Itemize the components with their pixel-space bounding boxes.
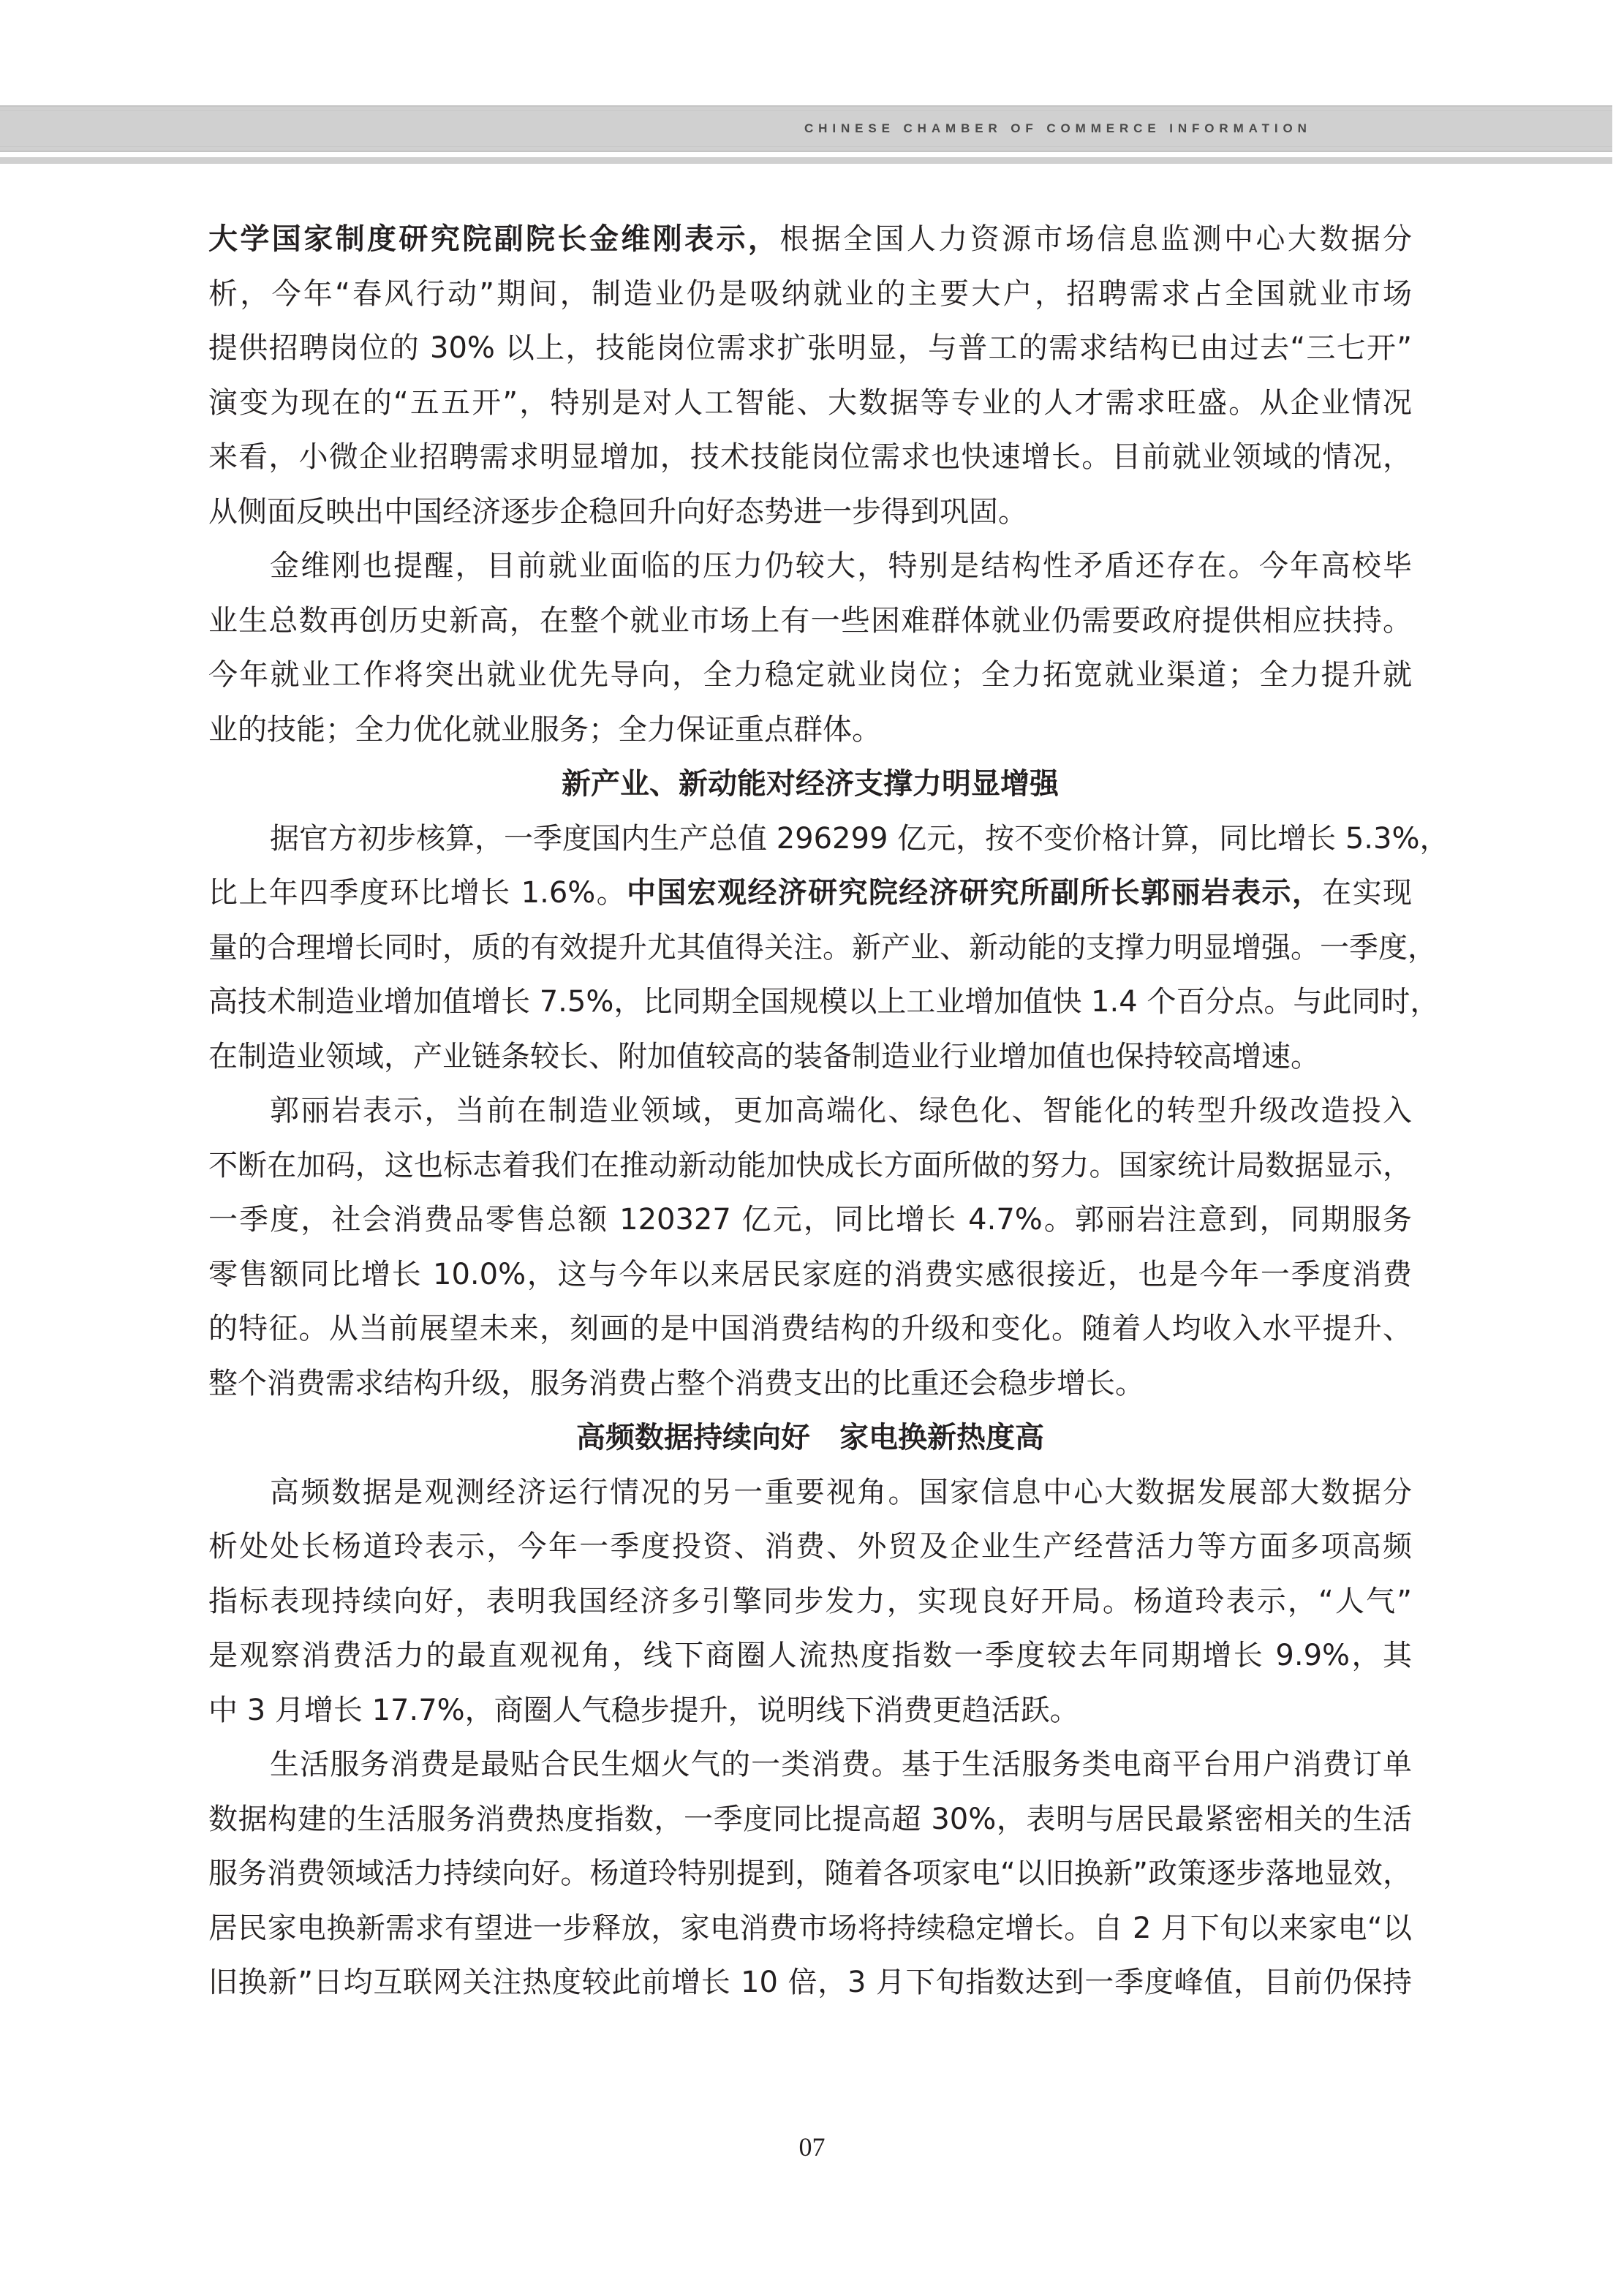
text-line: 中 3 月增长 17.7%，商圈人气稳步提升，说明线下消费更趋活跃。 xyxy=(208,1683,1412,1738)
text-line: 量的合理增长同时，质的有效提升尤其值得关注。新产业、新动能的支撑力明显增强。一季… xyxy=(208,921,1412,975)
text-line: 居民家电换新需求有望进一步释放，家电消费市场将持续稳定增长。自 2 月下旬以来家… xyxy=(208,1901,1412,1956)
paragraph: 大学国家制度研究院副院长金维刚表示，根据全国人力资源市场信息监测中心大数据分 析… xyxy=(208,212,1412,539)
text-line: 整个消费需求结构升级，服务消费占整个消费支出的比重还会稳步增长。 xyxy=(208,1356,1412,1411)
text-line: 演变为现在的“五五开”，特别是对人工智能、大数据等专业的人才需求旺盛。从企业情况 xyxy=(208,376,1412,431)
text-line: 郭丽岩表示，当前在制造业领域，更加高端化、绿色化、智能化的转型升级改造投入 xyxy=(208,1084,1412,1139)
text-line: 金维刚也提醒，目前就业面临的压力仍较大，特别是结构性矛盾还存在。今年高校毕 xyxy=(208,539,1412,594)
paragraph: 金维刚也提醒，目前就业面临的压力仍较大，特别是结构性矛盾还存在。今年高校毕 业生… xyxy=(208,539,1412,757)
text-line: 据官方初步核算，一季度国内生产总值 296299 亿元，按不变价格计算，同比增长… xyxy=(208,812,1412,867)
header-band-rule xyxy=(0,146,1612,147)
text-line: 大学国家制度研究院副院长金维刚表示，根据全国人力资源市场信息监测中心大数据分 xyxy=(208,212,1412,267)
section-heading: 新产业、新动能对经济支撑力明显增强 xyxy=(208,757,1412,812)
text-line: 指标表现持续向好，表明我国经济多引擎同步发力，实现良好开局。杨道玲表示，“人气” xyxy=(208,1574,1412,1629)
text-line: 提供招聘岗位的 30% 以上，技能岗位需求扩张明显，与普工的需求结构已由过去“三… xyxy=(208,321,1412,376)
article-body: 大学国家制度研究院副院长金维刚表示，根据全国人力资源市场信息监测中心大数据分 析… xyxy=(208,212,1412,2010)
text-line: 是观察消费活力的最直观视角，线下商圈人流热度指数一季度较去年同期增长 9.9%，… xyxy=(208,1628,1412,1683)
text-line: 高频数据是观测经济运行情况的另一重要视角。国家信息中心大数据发展部大数据分 xyxy=(208,1465,1412,1520)
line-text: 在实现 xyxy=(1322,876,1412,910)
header-strip xyxy=(0,157,1612,164)
text-line: 一季度，社会消费品零售总额 120327 亿元，同比增长 4.7%。郭丽岩注意到… xyxy=(208,1193,1412,1248)
text-line: 高技术制造业增加值增长 7.5%，比同期全国规模以上工业增加值快 1.4 个百分… xyxy=(208,975,1412,1030)
text-line: 析，今年“春风行动”期间，制造业仍是吸纳就业的主要大户，招聘需求占全国就业市场 xyxy=(208,267,1412,322)
page-number: 07 xyxy=(0,2132,1624,2162)
paragraph: 据官方初步核算，一季度国内生产总值 296299 亿元，按不变价格计算，同比增长… xyxy=(208,812,1412,1084)
speaker-attribution: 大学国家制度研究院副院长金维刚表示， xyxy=(208,222,779,256)
text-line: 在制造业领域，产业链条较长、附加值较高的装备制造业行业增加值也保持较高增速。 xyxy=(208,1030,1412,1084)
speaker-attribution: 中国宏观经济研究院经济研究所副所长郭丽岩表示， xyxy=(627,876,1322,910)
text-line: 不断在加码，这也标志着我们在推动新动能加快成长方面所做的努力。国家统计局数据显示… xyxy=(208,1139,1412,1193)
text-line: 旧换新”日均互联网关注热度较此前增长 10 倍，3 月下旬指数达到一季度峰值，目… xyxy=(208,1955,1412,2010)
text-line: 析处处长杨道玲表示，今年一季度投资、消费、外贸及企业生产经营活力等方面多项高频 xyxy=(208,1520,1412,1574)
paragraph: 生活服务消费是最贴合民生烟火气的一类消费。基于生活服务类电商平台用户消费订单 数… xyxy=(208,1737,1412,2010)
text-line: 来看，小微企业招聘需求明显增加，技术技能岗位需求也快速增长。目前就业领域的情况， xyxy=(208,430,1412,485)
paragraph: 高频数据是观测经济运行情况的另一重要视角。国家信息中心大数据发展部大数据分 析处… xyxy=(208,1465,1412,1738)
text-line: 的特征。从当前展望未来，刻画的是中国消费结构的升级和变化。随着人均收入水平提升、 xyxy=(208,1302,1412,1356)
text-line: 业的技能；全力优化就业服务；全力保证重点群体。 xyxy=(208,703,1412,758)
paragraph: 郭丽岩表示，当前在制造业领域，更加高端化、绿色化、智能化的转型升级改造投入 不断… xyxy=(208,1084,1412,1411)
text-line: 从侧面反映出中国经济逐步企稳回升向好态势进一步得到巩固。 xyxy=(208,485,1412,540)
line-text: 根据全国人力资源市场信息监测中心大数据分 xyxy=(779,222,1412,256)
text-line: 今年就业工作将突出就业优先导向，全力稳定就业岗位；全力拓宽就业渠道；全力提升就 xyxy=(208,648,1412,703)
line-text: 比上年四季度环比增长 1.6%。 xyxy=(208,876,627,910)
text-line: 比上年四季度环比增长 1.6%。中国宏观经济研究院经济研究所副所长郭丽岩表示，在… xyxy=(208,866,1412,921)
text-line: 生活服务消费是最贴合民生烟火气的一类消费。基于生活服务类电商平台用户消费订单 xyxy=(208,1737,1412,1792)
text-line: 数据构建的生活服务消费热度指数，一季度同比提高超 30%，表明与居民最紧密相关的… xyxy=(208,1792,1412,1847)
header-band-rule xyxy=(0,110,1612,111)
publication-name: CHINESE CHAMBER OF COMMERCE INFORMATION xyxy=(804,118,1404,140)
text-line: 服务消费领域活力持续向好。杨道玲特别提到，随着各项家电“以旧换新”政策逐步落地显… xyxy=(208,1846,1412,1901)
text-line: 零售额同比增长 10.0%，这与今年以来居民家庭的消费实感很接近，也是今年一季度… xyxy=(208,1248,1412,1302)
text-line: 业生总数再创历史新高，在整个就业市场上有一些困难群体就业仍需要政府提供相应扶持。 xyxy=(208,594,1412,649)
section-heading: 高频数据持续向好 家电换新热度高 xyxy=(208,1411,1412,1465)
